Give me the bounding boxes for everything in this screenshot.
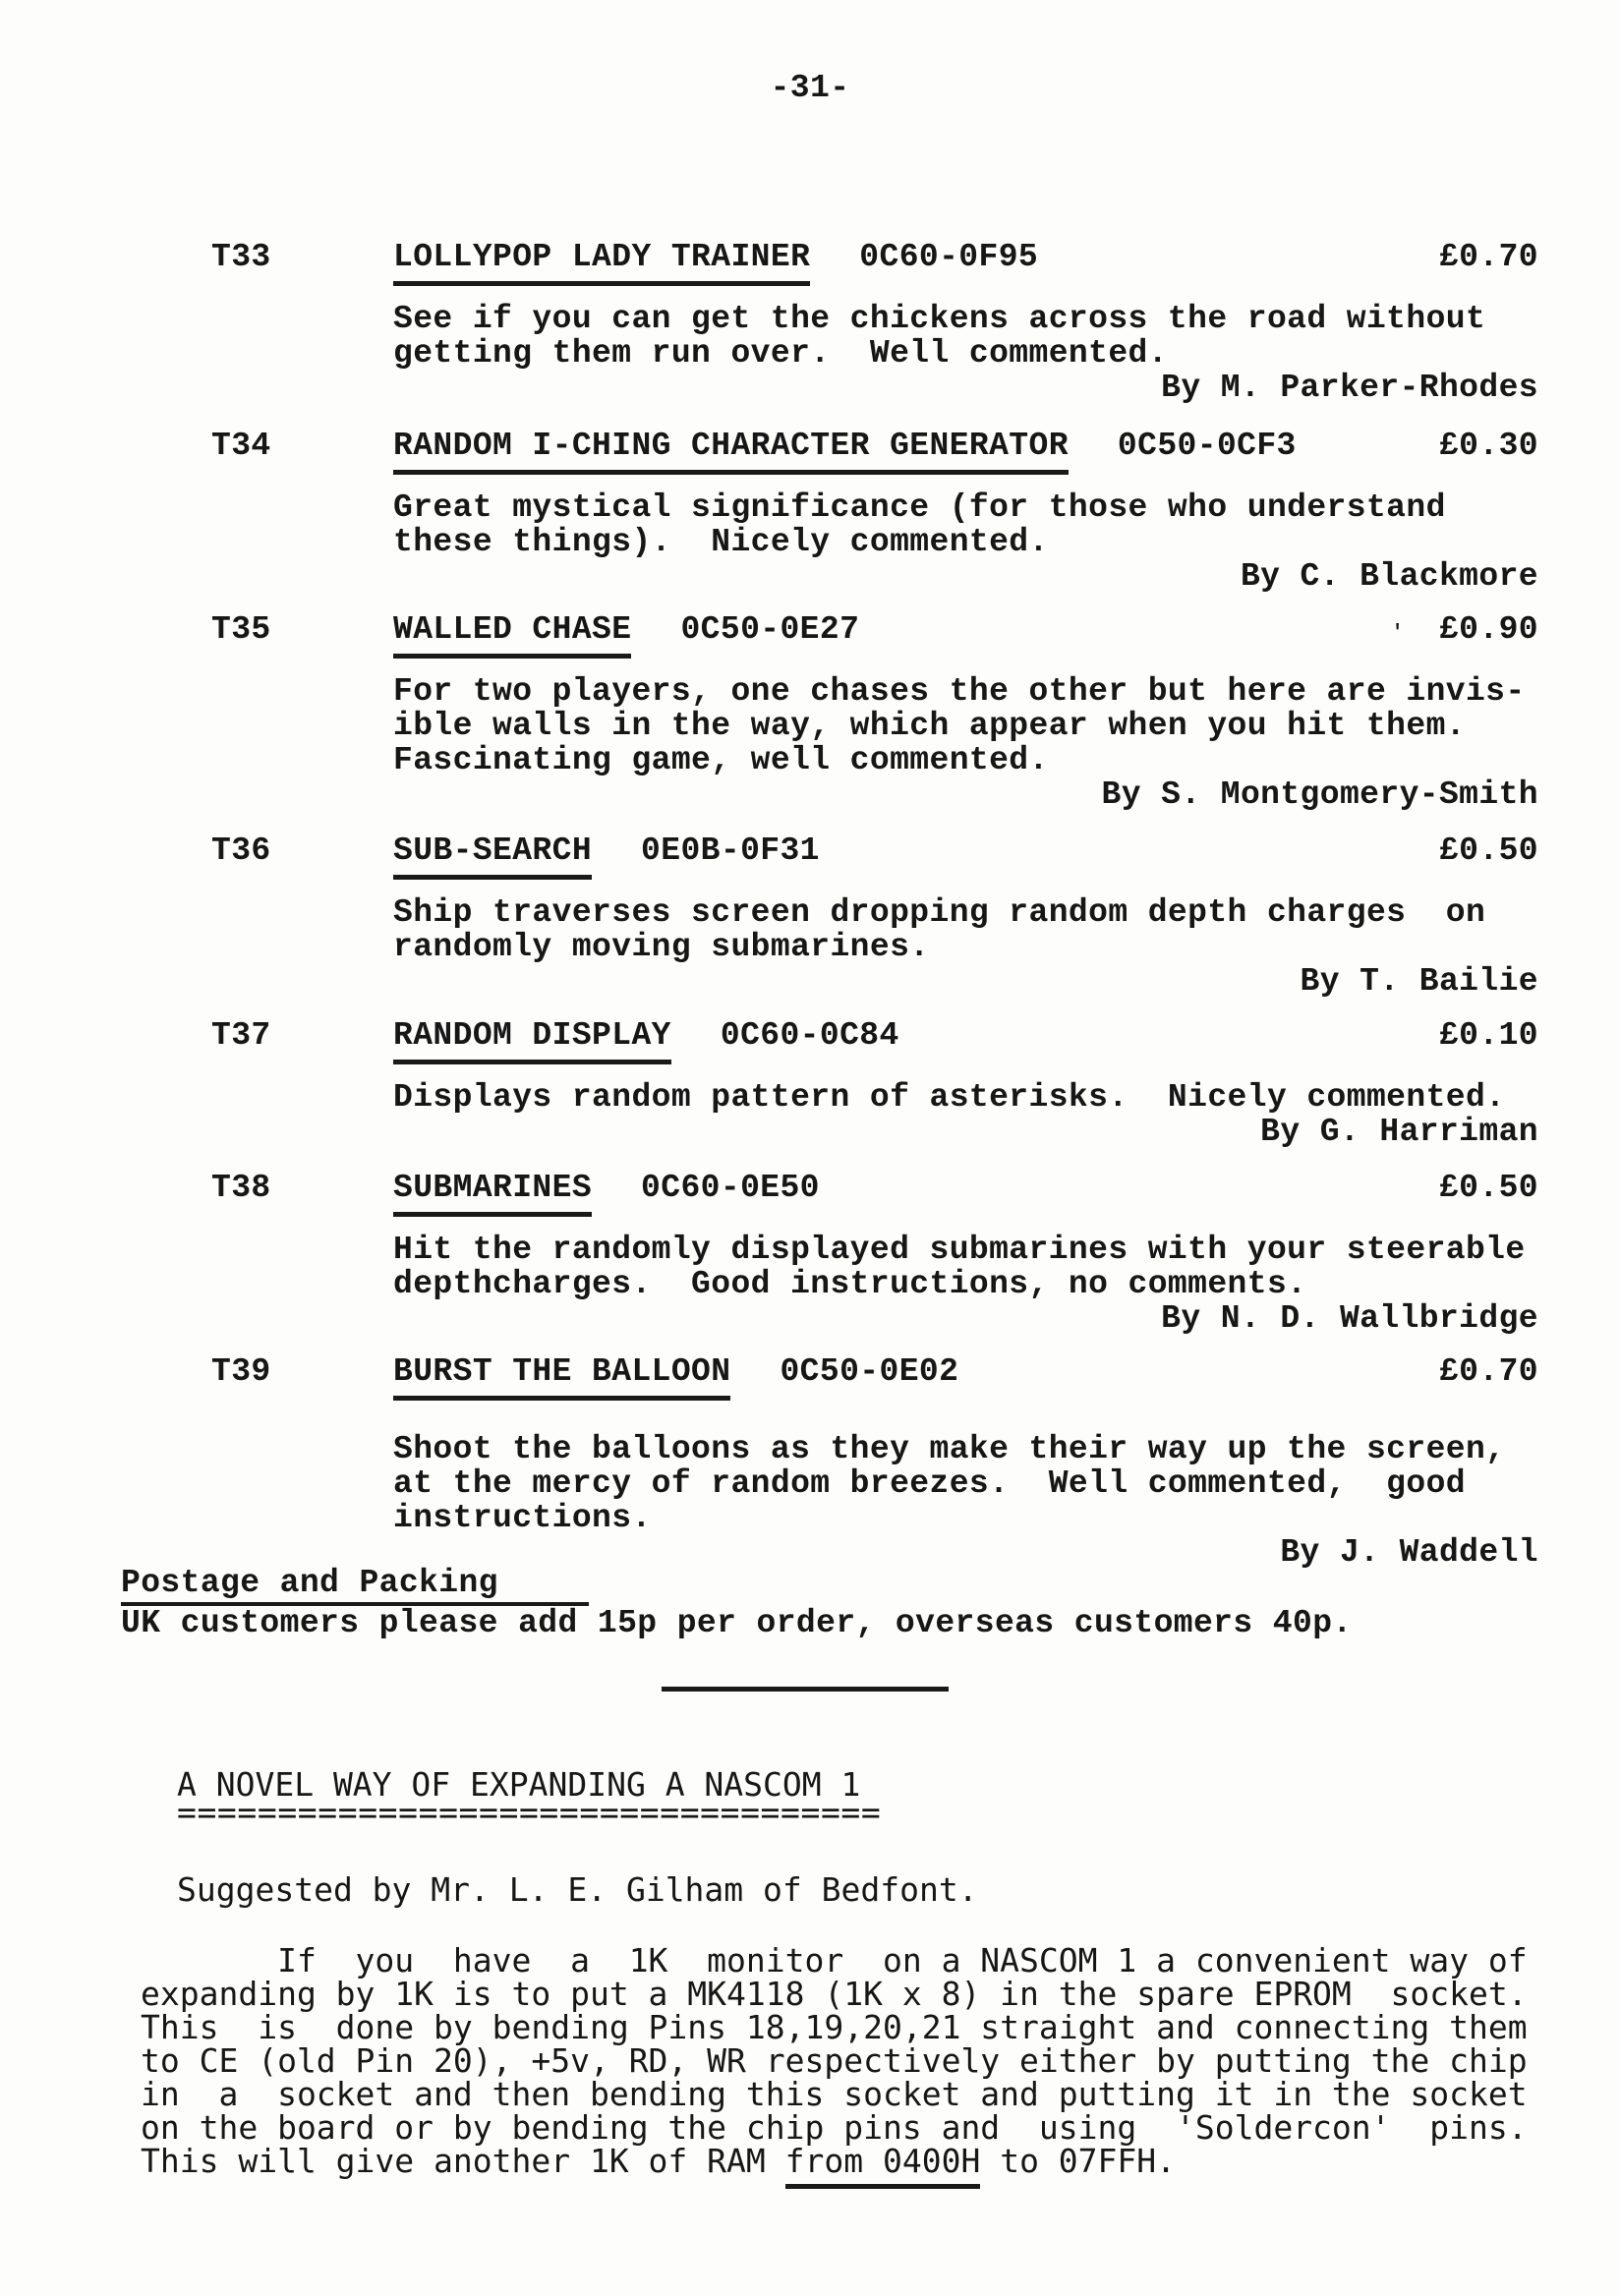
memory-range: 0C50-0E02	[780, 1352, 958, 1392]
entry-id: T38	[211, 1169, 393, 1208]
catalog-entry: T33 LOLLYPOP LADY TRAINER 0C60-0F95 £0.7…	[211, 238, 1538, 405]
memory-range: 0C60-0E50	[641, 1169, 820, 1208]
catalog-entry: T37 RANDOM DISPLAY 0C60-0C84 £0.10 Displ…	[211, 1016, 1538, 1149]
entry-byline: By S. Montgomery-Smith	[211, 777, 1538, 812]
description-line: Displays random pattern of asterisks. Ni…	[393, 1080, 1538, 1115]
description-line: See if you can get the chickens across t…	[393, 302, 1538, 336]
scanned-newsletter-page: -31- T33 LOLLYPOP LADY TRAINER 0C60-0F95…	[0, 0, 1620, 2296]
description-line: depthcharges. Good instructions, no comm…	[393, 1267, 1538, 1301]
entry-byline: By M. Parker-Rhodes	[211, 371, 1538, 405]
entry-description: For two players, one chases the other bu…	[393, 674, 1538, 777]
scan-artifact-mark: '	[1392, 622, 1404, 645]
entry-price: £0.10	[1439, 1016, 1538, 1056]
entry-description: Great mystical significance (for those w…	[393, 490, 1538, 559]
entry-description: Displays random pattern of asterisks. Ni…	[393, 1080, 1538, 1115]
entry-price: £0.70	[1439, 1352, 1538, 1392]
postage-heading: Postage and Packing	[121, 1567, 589, 1606]
article-line-last-before: This will give another 1K of RAM	[141, 2142, 785, 2180]
description-line: Hit the randomly displayed submarines wi…	[393, 1233, 1538, 1267]
entry-byline: By C. Blackmore	[211, 559, 1538, 594]
catalog-entry: T36 SUB-SEARCH 0E0B-0F31 £0.50 Ship trav…	[211, 832, 1538, 999]
entry-title: WALLED CHASE	[393, 610, 631, 659]
entry-title: BURST THE BALLOON	[393, 1352, 730, 1401]
description-line: Great mystical significance (for those w…	[393, 490, 1538, 525]
memory-range: 0C60-0C84	[721, 1016, 899, 1056]
section-divider-rule	[662, 1687, 949, 1692]
entry-id: T33	[211, 238, 393, 277]
entry-id: T35	[211, 610, 393, 650]
article-attribution: Suggested by Mr. L. E. Gilham of Bedfont…	[177, 1873, 1620, 1907]
description-line: Fascinating game, well commented.	[393, 743, 1538, 777]
entry-byline: By T. Bailie	[211, 964, 1538, 999]
entry-header-row: T36 SUB-SEARCH 0E0B-0F31 £0.50	[211, 832, 1538, 880]
article-line: This is done by bending Pins 18,19,20,21…	[141, 2011, 1620, 2044]
entry-id: T36	[211, 832, 393, 871]
description-line: Ship traverses screen dropping random de…	[393, 895, 1538, 930]
entry-title: LOLLYPOP LADY TRAINER	[393, 238, 810, 286]
nascom-article: A NOVEL WAY OF EXPANDING A NASCOM 1 ====…	[0, 1767, 1620, 2189]
page-number: -31-	[0, 69, 1620, 108]
catalog-entry: T34 RANDOM I-CHING CHARACTER GENERATOR 0…	[211, 427, 1538, 594]
catalog-entry: T39 BURST THE BALLOON 0C50-0E02 £0.70 Sh…	[211, 1352, 1538, 1570]
entry-header-row: T38 SUBMARINES 0C60-0E50 £0.50	[211, 1169, 1538, 1217]
entry-header-row: T37 RANDOM DISPLAY 0C60-0C84 £0.10	[211, 1016, 1538, 1064]
entry-header-row: T33 LOLLYPOP LADY TRAINER 0C60-0F95 £0.7…	[211, 238, 1538, 286]
article-line-last-after: to 07FFH.	[980, 2142, 1176, 2180]
article-line: on the board or by bending the chip pins…	[141, 2111, 1620, 2145]
memory-range: 0E0B-0F31	[641, 832, 820, 871]
entry-id: T37	[211, 1016, 393, 1056]
entry-price: £0.50	[1439, 832, 1538, 871]
entry-id: T34	[211, 427, 393, 466]
catalog-entry: T35 WALLED CHASE 0C50-0E27 '£0.90 For tw…	[211, 610, 1538, 812]
memory-range: 0C60-0F95	[859, 238, 1038, 277]
memory-range: 0C50-0E27	[680, 610, 859, 650]
entry-description: Shoot the balloons as they make their wa…	[393, 1432, 1538, 1535]
description-line: these things). Nicely commented.	[393, 525, 1538, 559]
entry-title: RANDOM DISPLAY	[393, 1016, 671, 1064]
entry-price: '£0.90	[1392, 610, 1538, 650]
description-line: ible walls in the way, which appear when…	[393, 709, 1538, 743]
description-line: getting them run over. Well commented.	[393, 336, 1538, 371]
entry-byline: By N. D. Wallbridge	[211, 1301, 1538, 1336]
article-line: expanding by 1K is to put a MK4118 (1K x…	[141, 1978, 1620, 2011]
ram-range-underlined: from 0400H	[785, 2145, 981, 2189]
entry-price: £0.70	[1439, 238, 1538, 277]
description-line: at the mercy of random breezes. Well com…	[393, 1466, 1538, 1501]
description-line: For two players, one chases the other bu…	[393, 674, 1538, 709]
entry-header-row: T34 RANDOM I-CHING CHARACTER GENERATOR 0…	[211, 427, 1538, 475]
description-line: Shoot the balloons as they make their wa…	[393, 1432, 1538, 1466]
entry-header-row: T35 WALLED CHASE 0C50-0E27 '£0.90	[211, 610, 1538, 659]
entry-description: See if you can get the chickens across t…	[393, 302, 1538, 371]
entry-price-value: £0.90	[1439, 611, 1538, 648]
article-line: to CE (old Pin 20), +5v, RD, WR respecti…	[141, 2044, 1620, 2078]
postage-section: Postage and Packing UK customers please …	[121, 1565, 1538, 1641]
entry-description: Hit the randomly displayed submarines wi…	[393, 1233, 1538, 1301]
article-line-last: This will give another 1K of RAM from 04…	[141, 2145, 1620, 2189]
article-title-underline: ===================================	[177, 1803, 1620, 1822]
memory-range: 0C50-0CF3	[1118, 427, 1297, 466]
article-line: in a socket and then bending this socket…	[141, 2078, 1620, 2111]
article-line: If you have a 1K monitor on a NASCOM 1 a…	[141, 1944, 1620, 1978]
entry-byline: By G. Harriman	[211, 1115, 1538, 1149]
entry-header-row: T39 BURST THE BALLOON 0C50-0E02 £0.70	[211, 1352, 1538, 1401]
description-line: randomly moving submarines.	[393, 930, 1538, 964]
entry-price: £0.50	[1439, 1169, 1538, 1208]
article-paragraph: If you have a 1K monitor on a NASCOM 1 a…	[141, 1944, 1620, 2189]
entry-description: Ship traverses screen dropping random de…	[393, 895, 1538, 964]
postage-text: UK customers please add 15p per order, o…	[121, 1606, 1538, 1641]
entry-title: SUBMARINES	[393, 1169, 592, 1217]
entry-id: T39	[211, 1352, 393, 1392]
entry-price: £0.30	[1439, 427, 1538, 466]
entry-title: RANDOM I-CHING CHARACTER GENERATOR	[393, 427, 1069, 475]
entry-title: SUB-SEARCH	[393, 832, 592, 880]
catalog-entry: T38 SUBMARINES 0C60-0E50 £0.50 Hit the r…	[211, 1169, 1538, 1336]
description-line: instructions.	[393, 1501, 1538, 1535]
